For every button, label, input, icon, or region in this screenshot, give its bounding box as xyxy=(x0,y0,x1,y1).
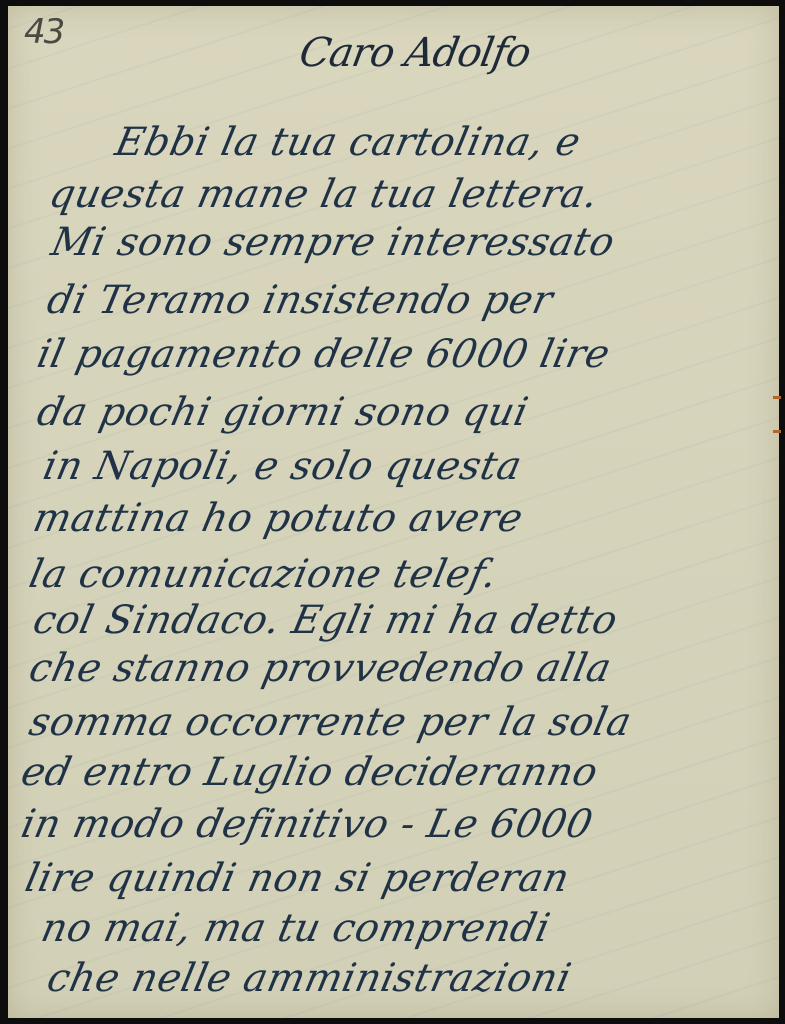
edge-mark xyxy=(773,430,781,433)
letter-line-6: da pochi giorni sono qui xyxy=(33,390,532,435)
salutation: Caro Adolfo xyxy=(296,30,534,76)
letter-line-9: la comunicazione telef. xyxy=(25,552,501,597)
edge-mark xyxy=(773,396,781,399)
letter-line-3: Mi sono sempre interessato xyxy=(47,220,619,265)
letter-line-2: questa mane la tua lettera. xyxy=(45,172,602,217)
letter-line-10: col Sindaco. Egli mi ha detto xyxy=(29,598,621,643)
page-number: 43 xyxy=(24,12,63,52)
letter-line-1: Ebbi la tua cartolina, e xyxy=(111,120,584,165)
letter-line-14: in modo definitivo - Le 6000 xyxy=(17,802,597,847)
letter-line-11: che stanno provvedendo alla xyxy=(25,646,615,691)
letter-line-12: somma occorrente per la sola xyxy=(25,700,635,745)
letter-line-5: il pagamento delle 6000 lire xyxy=(33,332,614,377)
letter-line-17: che nelle amministrazioni xyxy=(43,956,575,1001)
letter-page: 43 Caro Adolfo Ebbi la tua cartolina, e … xyxy=(8,6,779,1018)
letter-line-16: no mai, ma tu comprendi xyxy=(37,906,554,951)
letter-line-4: di Teramo insistendo per xyxy=(43,278,557,323)
letter-line-13: ed entro Luglio decideranno xyxy=(17,750,602,795)
letter-line-8: mattina ho potuto avere xyxy=(29,496,527,541)
letter-line-15: lire quindi non si perderan xyxy=(21,856,573,901)
letter-line-7: in Napoli, e solo questa xyxy=(39,444,526,489)
